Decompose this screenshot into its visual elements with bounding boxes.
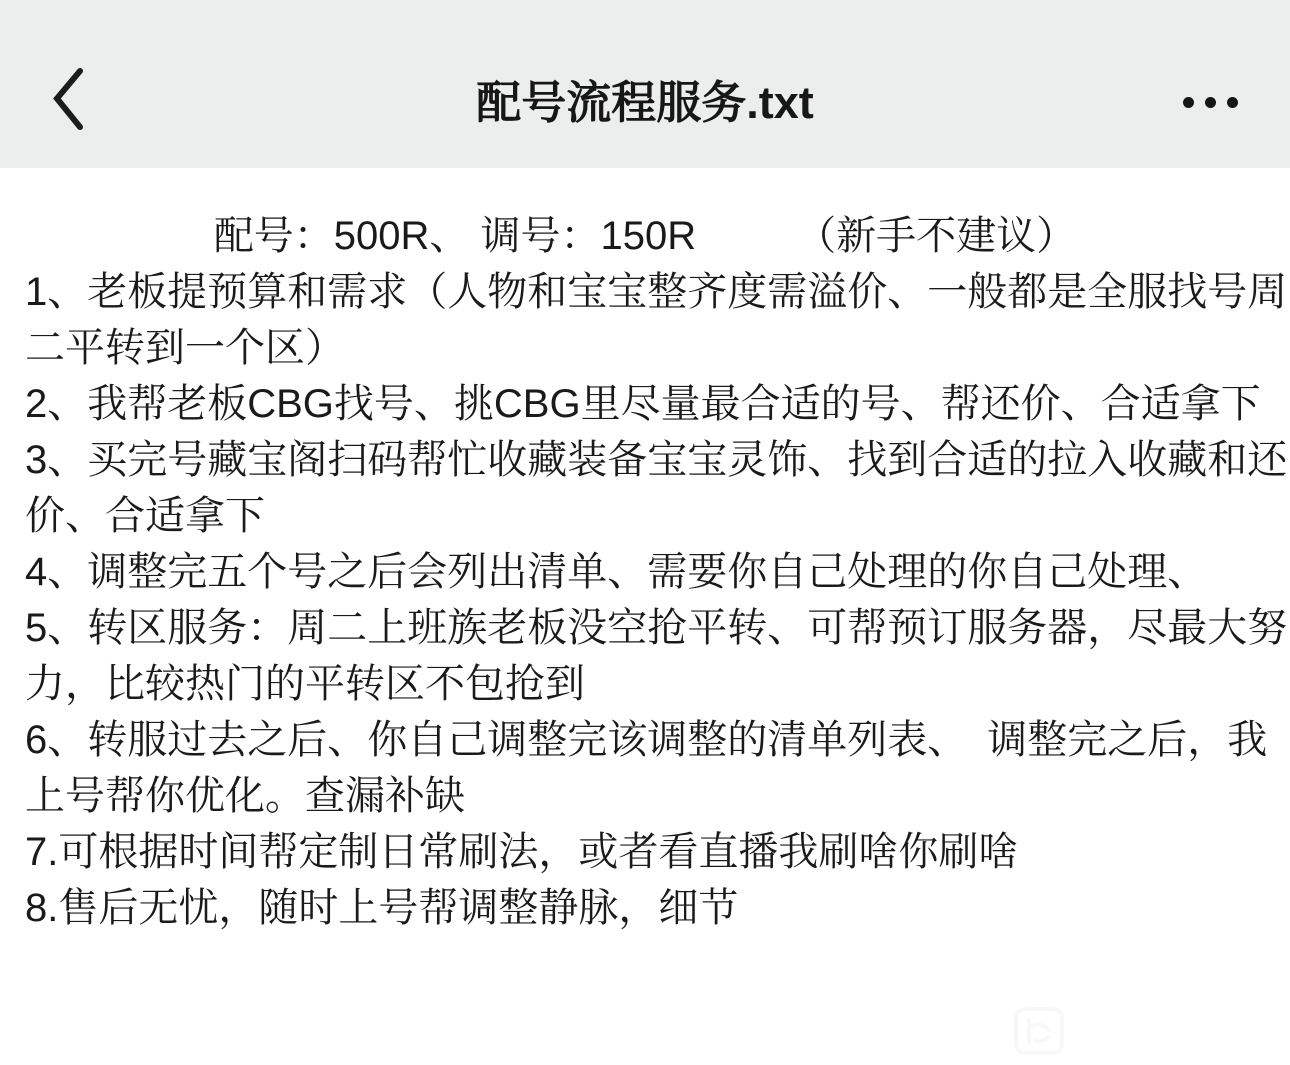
ellipsis-icon	[1183, 97, 1194, 108]
text-line: 5、转区服务：周二上班族老板没空抢平转、可帮预订服务器，尽最大努	[25, 600, 1265, 656]
text-line: 6、转服过去之后、你自己调整完该调整的清单列表、 调整完之后，我	[25, 712, 1265, 768]
chevron-left-icon	[51, 67, 85, 136]
navbar: 配号流程服务.txt	[0, 0, 1290, 168]
text-line: 1、老板提预算和需求（人物和宝宝整齐度需溢价、一般都是全服找号周	[25, 264, 1265, 320]
text-line: 8.售后无忧，随时上号帮调整静脉，细节	[25, 880, 1265, 936]
ellipsis-icon	[1205, 97, 1216, 108]
document-body: 配号：500R、 调号：150R （新手不建议） 1、老板提预算和需求（人物和宝…	[0, 168, 1290, 936]
watermark-logo-icon	[1013, 1006, 1065, 1058]
text-line: 价、合适拿下	[25, 488, 1265, 544]
text-line: 4、调整完五个号之后会列出清单、需要你自己处理的你自己处理、	[25, 544, 1265, 600]
text-line: 二平转到一个区）	[25, 320, 1265, 376]
price-line: 配号：500R、 调号：150R （新手不建议）	[25, 208, 1265, 264]
more-menu-button[interactable]	[1179, 76, 1242, 128]
page-title: 配号流程服务.txt	[120, 75, 1170, 131]
text-line: 3、买完号藏宝阁扫码帮忙收藏装备宝宝灵饰、找到合适的拉入收藏和还	[25, 432, 1265, 488]
text-line: 力，比较热门的平转区不包抢到	[25, 656, 1265, 712]
text-line: 7.可根据时间帮定制日常刷法，或者看直播我刷啥你刷啥	[25, 824, 1265, 880]
file-preview-screen: 配号流程服务.txt 配号：500R、 调号：150R （新手不建议） 1、老板…	[0, 0, 1290, 1065]
ellipsis-icon	[1227, 97, 1238, 108]
text-line: 上号帮你优化。查漏补缺	[25, 768, 1265, 824]
text-line: 2、我帮老板CBG找号、挑CBG里尽量最合适的号、帮还价、合适拿下	[25, 376, 1265, 432]
back-button[interactable]	[36, 58, 100, 144]
